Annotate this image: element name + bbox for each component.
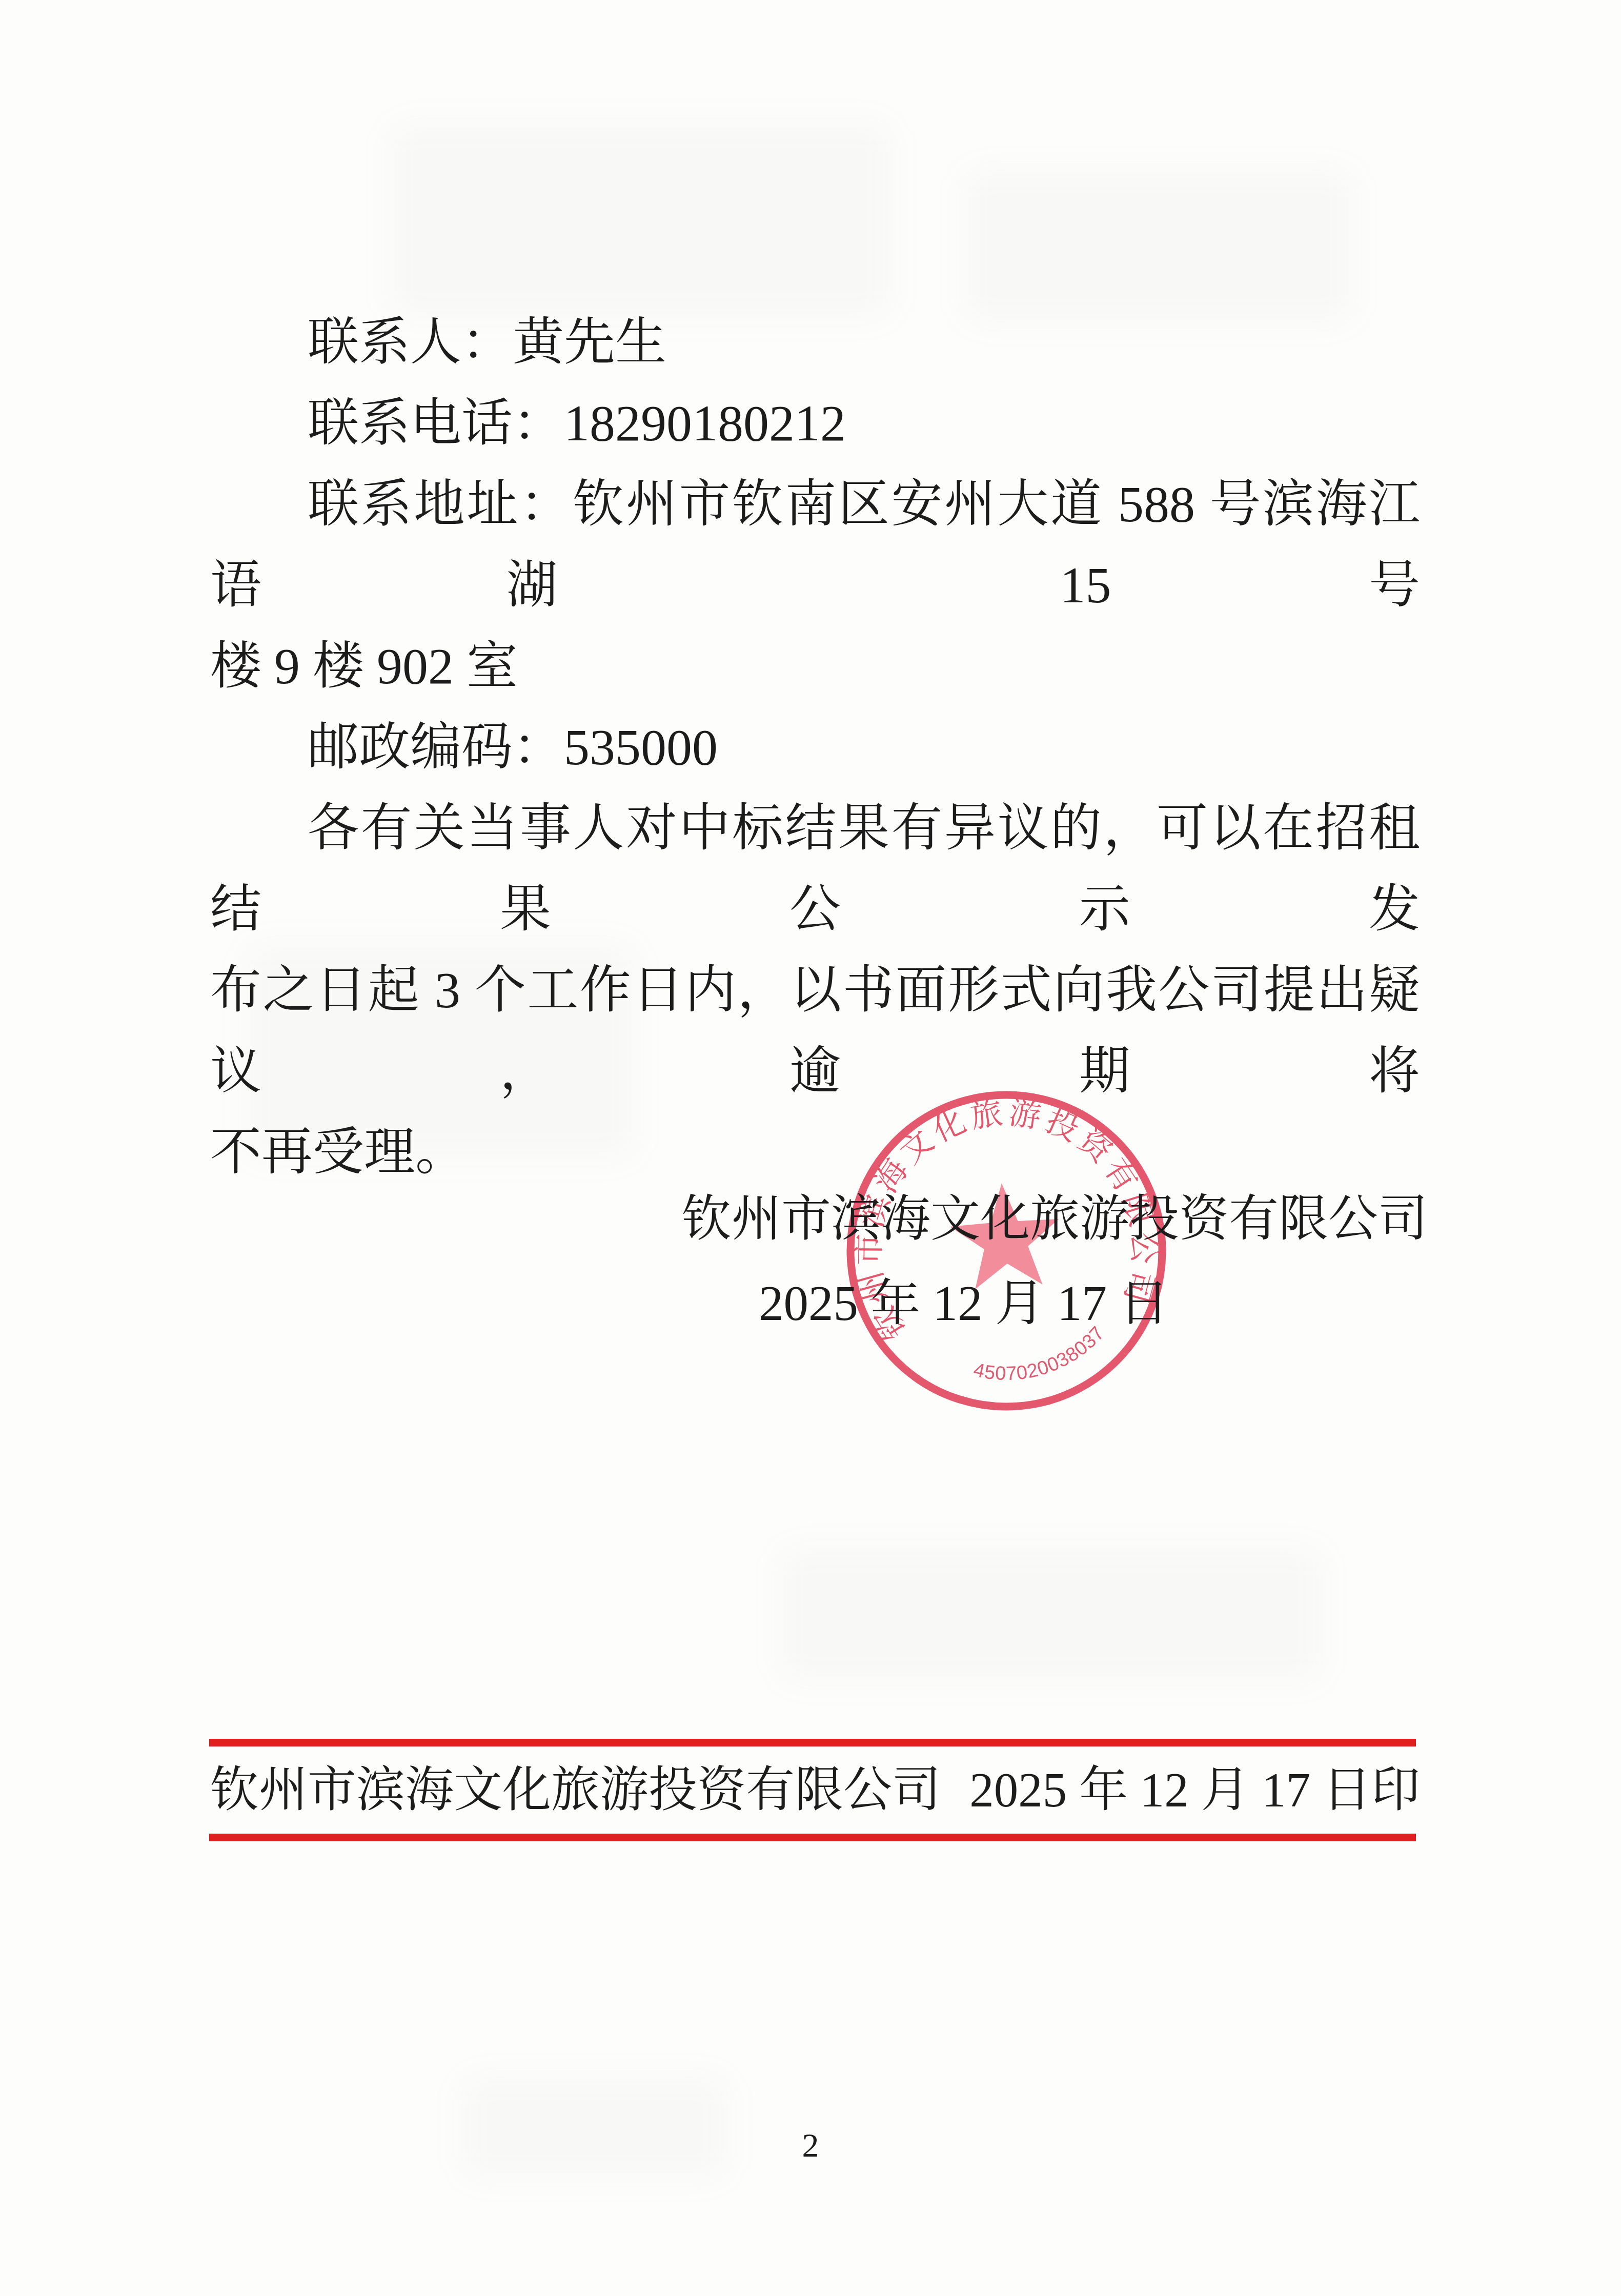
footer-bottom-rule: [209, 1834, 1416, 1841]
footer-row: 钦州市滨海文化旅游投资有限公司 2025 年 12 月 17 日印: [210, 1752, 1420, 1828]
scanned-document-page: 联系人：黄先生 联系电话：18290180212 联系地址：钦州市钦南区安州大道…: [0, 0, 1621, 2296]
contact-phone-line: 联系电话：18290180212: [210, 383, 1420, 464]
footer-print-date: 2025 年 12 月 17 日印: [969, 1752, 1420, 1828]
contact-person-line: 联系人：黄先生: [210, 302, 1420, 383]
contact-address-line-1: 联系地址：钦州市钦南区安州大道 588 号滨海江语湖 15 号: [210, 464, 1420, 626]
notice-paragraph-line-2: 布之日起 3 个工作日内，以书面形式向我公司提出疑议，逾期将: [210, 950, 1420, 1112]
footer-top-rule: [209, 1739, 1416, 1746]
scan-bleed-artifact: [390, 123, 892, 318]
signature-company-name: 钦州市滨海文化旅游投资有限公司: [682, 1179, 1428, 1259]
postal-code-line: 邮政编码：535000: [210, 707, 1420, 788]
page-number: 2: [0, 2125, 1621, 2166]
notice-paragraph-line-1: 各有关当事人对中标结果有异议的，可以在招租结果公示发: [210, 788, 1420, 950]
scan-bleed-artifact: [964, 169, 1353, 323]
document-body: 联系人：黄先生 联系电话：18290180212 联系地址：钦州市钦南区安州大道…: [210, 302, 1420, 1193]
contact-address-line-2: 楼 9 楼 902 室: [210, 626, 1420, 707]
signature-date: 2025 年 12 月 17 日: [759, 1263, 1169, 1344]
scan-bleed-artifact: [779, 1548, 1323, 1681]
footer-company-name: 钦州市滨海文化旅游投资有限公司: [210, 1752, 941, 1828]
